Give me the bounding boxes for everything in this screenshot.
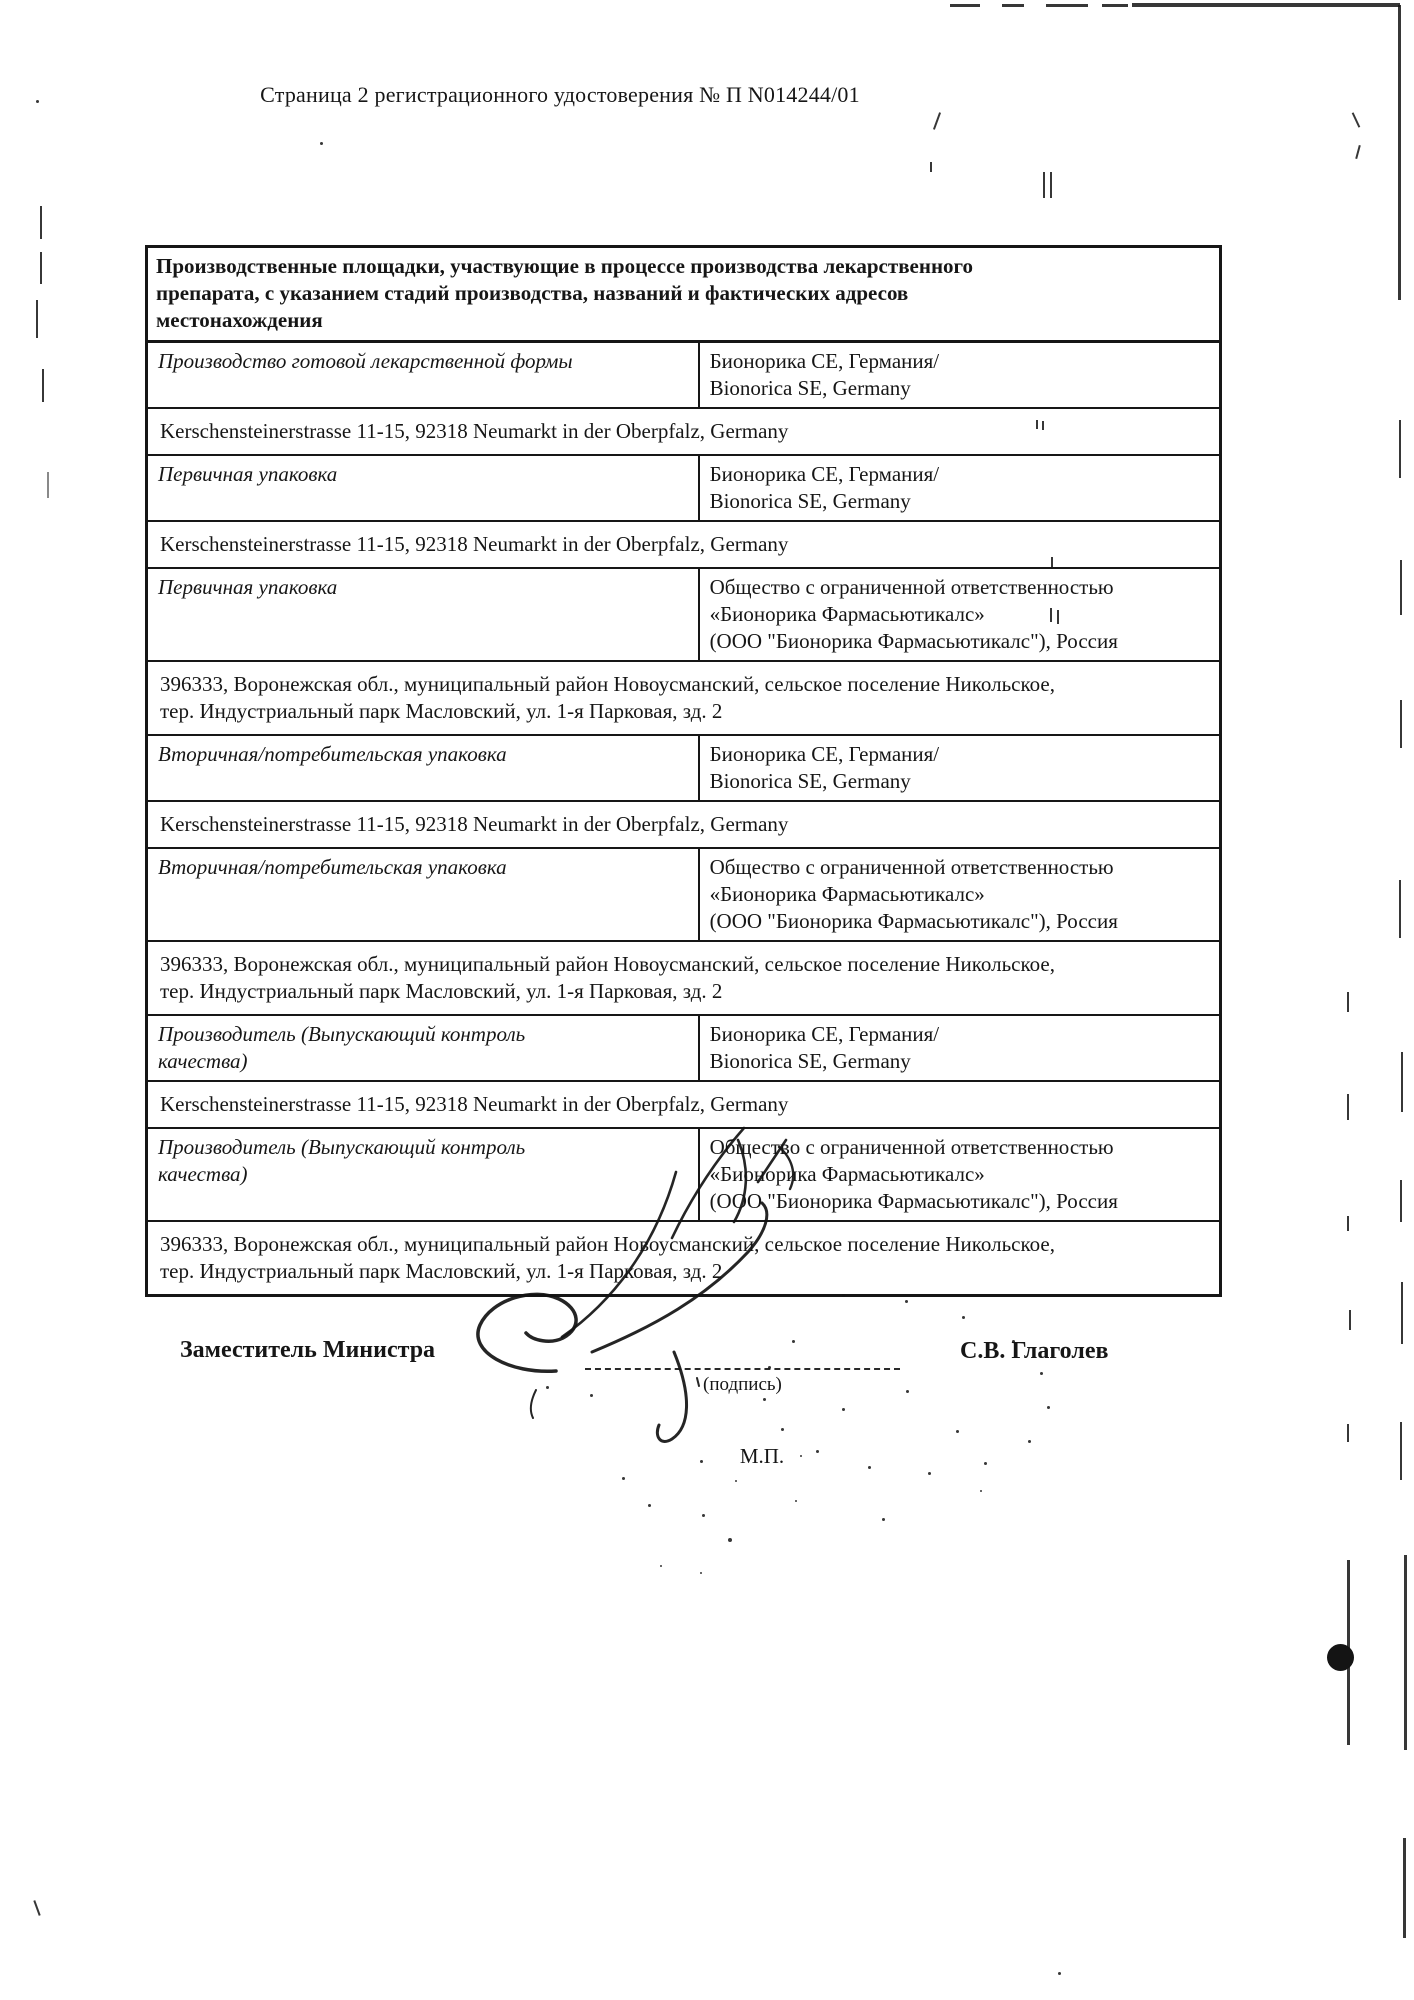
scan-artifact	[1050, 172, 1052, 198]
scan-artifact	[1042, 421, 1044, 430]
scan-artifact	[33, 1900, 40, 1916]
scan-artifact	[984, 1462, 987, 1465]
scan-artifact	[882, 1518, 885, 1521]
scan-artifact	[800, 1455, 802, 1457]
scan-artifact	[1400, 1422, 1402, 1480]
scan-artifact	[1403, 1838, 1406, 1938]
scan-artifact	[1401, 1052, 1403, 1112]
scan-artifact	[980, 1490, 982, 1492]
scan-artifact	[1347, 1094, 1349, 1120]
scan-artifact	[700, 1572, 702, 1574]
scan-artifact	[546, 1386, 549, 1389]
scan-artifact	[842, 1408, 845, 1411]
address-cell: 396333, Воронежская обл., муниципальный …	[148, 942, 1219, 1014]
scan-artifact	[905, 1300, 908, 1303]
signatory-position: Заместитель Министра	[180, 1337, 435, 1364]
scan-artifact	[700, 1460, 703, 1463]
scan-artifact	[956, 1430, 959, 1433]
scan-artifact	[660, 1565, 662, 1567]
scan-artifact	[1347, 992, 1349, 1012]
scan-artifact	[792, 1340, 795, 1343]
address-cell: 396333, Воронежская обл., муниципальный …	[148, 1222, 1219, 1294]
scan-artifact	[933, 112, 941, 130]
manufacturer-cell: Общество с ограниченной ответственностью…	[700, 569, 1219, 660]
scan-artifact	[1102, 4, 1128, 7]
scan-artifact	[930, 162, 932, 172]
scan-artifact	[1002, 4, 1024, 7]
table-header: Производственные площадки, участвующие в…	[148, 248, 1219, 343]
scan-artifact	[42, 369, 44, 402]
scan-artifact	[781, 1428, 784, 1431]
document-page: Страница 2 регистрационного удостоверени…	[0, 0, 1414, 2000]
signatory-name: С.В. Глаголев	[960, 1338, 1108, 1365]
manufacturer-cell: Бионорика СЕ, Германия/ Bionorica SE, Ge…	[700, 456, 1219, 520]
scan-artifact	[1400, 1180, 1402, 1222]
scan-artifact	[1399, 420, 1401, 478]
stage-row: Вторичная/потребительская упаковкаОбщест…	[148, 849, 1219, 942]
scan-artifact	[728, 1538, 732, 1542]
scan-artifact	[1399, 880, 1401, 938]
scan-artifact	[1036, 420, 1038, 429]
scan-artifact	[1400, 560, 1402, 615]
stage-row: Производитель (Выпускающий контроль каче…	[148, 1129, 1219, 1222]
production-sites-table: Производственные площадки, участвующие в…	[145, 245, 1222, 1297]
scan-artifact	[816, 1450, 819, 1453]
scan-artifact	[950, 4, 980, 7]
scan-artifact	[622, 1477, 625, 1480]
address-row: 396333, Воронежская обл., муниципальный …	[148, 662, 1219, 736]
address-row: Kerschensteinerstrasse 11-15, 92318 Neum…	[148, 409, 1219, 456]
signature-line	[585, 1340, 900, 1370]
scan-artifact	[590, 1394, 593, 1397]
production-stage-cell: Вторичная/потребительская упаковка	[148, 736, 700, 800]
scan-artifact	[1352, 112, 1361, 127]
scan-artifact	[928, 1472, 931, 1475]
scan-artifact	[1028, 1440, 1031, 1443]
seal-placeholder: М.П.	[722, 1444, 802, 1469]
stage-row: Производство готовой лекарственной формы…	[148, 343, 1219, 409]
manufacturer-cell: Общество с ограниченной ответственностью…	[700, 1129, 1219, 1220]
scan-artifact	[36, 100, 39, 103]
scan-artifact	[1051, 557, 1053, 569]
address-cell: Kerschensteinerstrasse 11-15, 92318 Neum…	[148, 802, 1219, 847]
scan-artifact	[648, 1504, 651, 1507]
page-title: Страница 2 регистрационного удостоверени…	[240, 82, 880, 108]
scan-artifact	[763, 1398, 766, 1401]
scan-artifact	[1043, 172, 1045, 198]
production-stage-cell: Производство готовой лекарственной формы	[148, 343, 700, 407]
production-stage-cell: Производитель (Выпускающий контроль каче…	[148, 1129, 700, 1220]
production-stage-cell: Первичная упаковка	[148, 456, 700, 520]
address-cell: Kerschensteinerstrasse 11-15, 92318 Neum…	[148, 409, 1219, 454]
scan-artifact	[1347, 1216, 1349, 1231]
scan-artifact	[962, 1316, 965, 1319]
scan-artifact	[40, 206, 42, 239]
scan-artifact	[906, 1390, 909, 1393]
scan-artifact	[1047, 1406, 1050, 1409]
scan-artifact	[1355, 145, 1361, 159]
scan-artifact	[1349, 1310, 1351, 1330]
production-stage-cell: Производитель (Выпускающий контроль каче…	[148, 1016, 700, 1080]
scan-artifact	[842, 1294, 845, 1297]
scan-artifact	[47, 472, 49, 498]
scan-artifact	[795, 1500, 797, 1502]
scan-artifact	[1347, 1424, 1349, 1442]
production-stage-cell: Вторичная/потребительская упаковка	[148, 849, 700, 940]
scan-artifact	[768, 1366, 771, 1369]
address-row: 396333, Воронежская обл., муниципальный …	[148, 1222, 1219, 1294]
production-stage-cell: Первичная упаковка	[148, 569, 700, 660]
scan-artifact	[735, 1480, 737, 1482]
manufacturer-cell: Бионорика СЕ, Германия/ Bionorica SE, Ge…	[700, 343, 1219, 407]
address-cell: Kerschensteinerstrasse 11-15, 92318 Neum…	[148, 522, 1219, 567]
scan-artifact	[1404, 1555, 1407, 1750]
scan-artifact	[702, 1514, 705, 1517]
scan-artifact	[1046, 4, 1088, 7]
table-rows: Производство готовой лекарственной формы…	[148, 343, 1219, 1294]
scan-artifact	[1040, 1372, 1043, 1375]
manufacturer-cell: Бионорика СЕ, Германия/ Bionorica SE, Ge…	[700, 736, 1219, 800]
stage-row: Первичная упаковкаБионорика СЕ, Германия…	[148, 456, 1219, 522]
address-row: Kerschensteinerstrasse 11-15, 92318 Neum…	[148, 802, 1219, 849]
scan-artifact	[1132, 3, 1400, 7]
stage-row: Вторичная/потребительская упаковкаБионор…	[148, 736, 1219, 802]
manufacturer-cell: Бионорика СЕ, Германия/ Bionorica SE, Ge…	[700, 1016, 1219, 1080]
signature-caption: (подпись)	[703, 1374, 782, 1396]
address-row: Kerschensteinerstrasse 11-15, 92318 Neum…	[148, 1082, 1219, 1129]
manufacturer-cell: Общество с ограниченной ответственностью…	[700, 849, 1219, 940]
scan-artifact	[36, 300, 38, 338]
scan-artifact	[1401, 1282, 1403, 1344]
scan-artifact	[868, 1466, 871, 1469]
scan-artifact	[1058, 1972, 1061, 1975]
scan-artifact	[1398, 5, 1401, 300]
scan-artifact	[1057, 610, 1059, 624]
scan-artifact	[40, 252, 42, 284]
stage-row: Производитель (Выпускающий контроль каче…	[148, 1016, 1219, 1082]
scan-artifact	[1012, 1340, 1015, 1343]
address-row: Kerschensteinerstrasse 11-15, 92318 Neum…	[148, 522, 1219, 569]
scan-artifact	[1400, 700, 1402, 748]
address-row: 396333, Воронежская обл., муниципальный …	[148, 942, 1219, 1016]
scan-blob	[1327, 1644, 1354, 1671]
scan-artifact	[1050, 608, 1052, 622]
address-cell: Kerschensteinerstrasse 11-15, 92318 Neum…	[148, 1082, 1219, 1127]
scan-artifact	[320, 142, 323, 145]
address-cell: 396333, Воронежская обл., муниципальный …	[148, 662, 1219, 734]
